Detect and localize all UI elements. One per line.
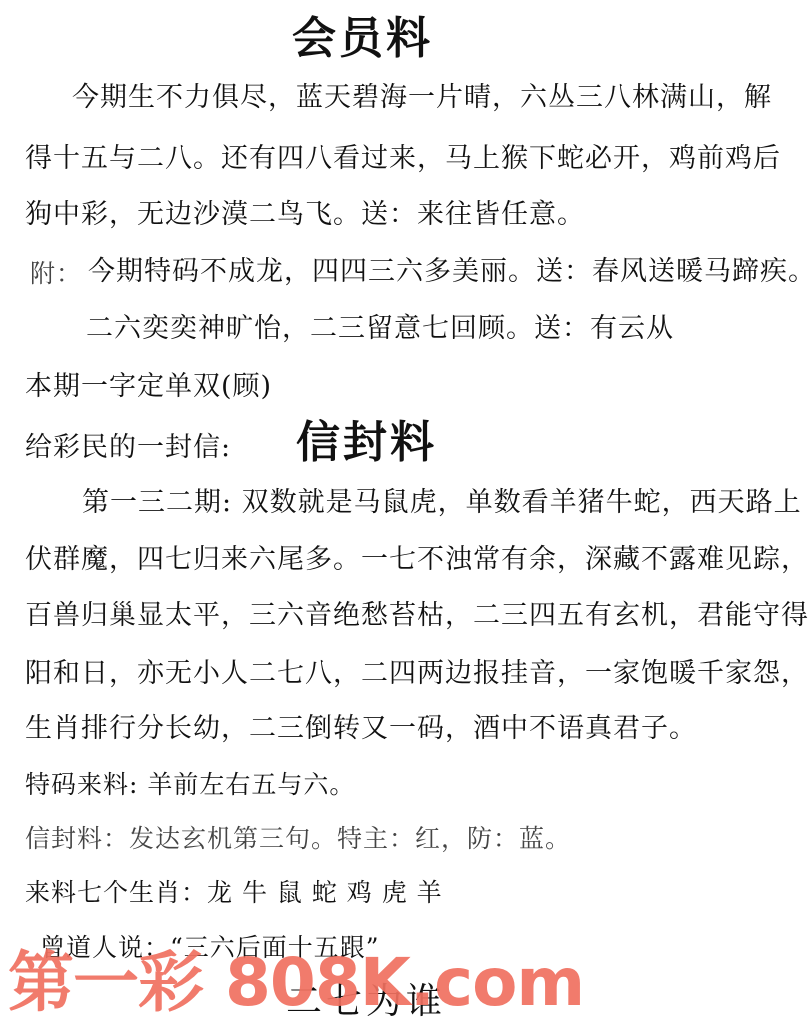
letter-body-line-3: 百兽归巢显太平，三六音绝愁苔枯，二三四五有玄机，君能守得 xyxy=(25,600,809,632)
member-poem-line-3: 狗中彩，无边沙漠二鸟飞。送：来往皆任意。 xyxy=(25,199,585,231)
letter-body-line-2: 伏群魔，四七归来六尾多。一七不浊常有余，深藏不露难见踪， xyxy=(25,544,809,576)
member-section-title: 会员料 xyxy=(292,14,433,64)
single-double-hint: 本期一字定单双(顾) xyxy=(25,371,272,403)
appendix-line-1: 今期特码不成龙，四四三六多美丽。送：春风送暖马蹄疾。 xyxy=(88,256,811,288)
letter-body-line-1: 第一三二期: 双数就是马鼠虎，单数看羊猪牛蛇，西天路上 xyxy=(82,487,802,519)
appendix-marker: 附： xyxy=(30,258,82,290)
letter-body-line-4: 阳和日，亦无小人二七八，二四两边报挂音，一家饱暖千家怨， xyxy=(25,658,809,690)
seven-zodiacs-note: 来料七个生肖：龙 牛 鼠 蛇 鸡 虎 羊 xyxy=(25,877,443,909)
letter-section-title: 信封料 xyxy=(296,418,437,468)
site-watermark: 第一彩 808K.com xyxy=(8,948,584,1018)
member-poem-line-2: 得十五与二八。还有四八看过来，马上猴下蛇必开，鸡前鸡后 xyxy=(25,143,781,175)
letter-body-line-5: 生肖排行分长幼，二三倒转又一码，酒中不语真君子。 xyxy=(25,713,697,745)
special-code-note: 特码来料: 羊前左右五与六。 xyxy=(25,769,355,801)
letter-intro-label: 给彩民的一封信: xyxy=(25,432,231,464)
member-poem-line-1: 今期生不力俱尽，蓝天碧海一片晴，六丛三八林满山，解 xyxy=(72,82,772,114)
appendix-line-2: 二六奕奕神旷怡，二三留意七回顾。送：有云从 xyxy=(86,313,674,345)
envelope-note: 信封料：发达玄机第三句。特主：红，防：蓝。 xyxy=(25,823,571,855)
